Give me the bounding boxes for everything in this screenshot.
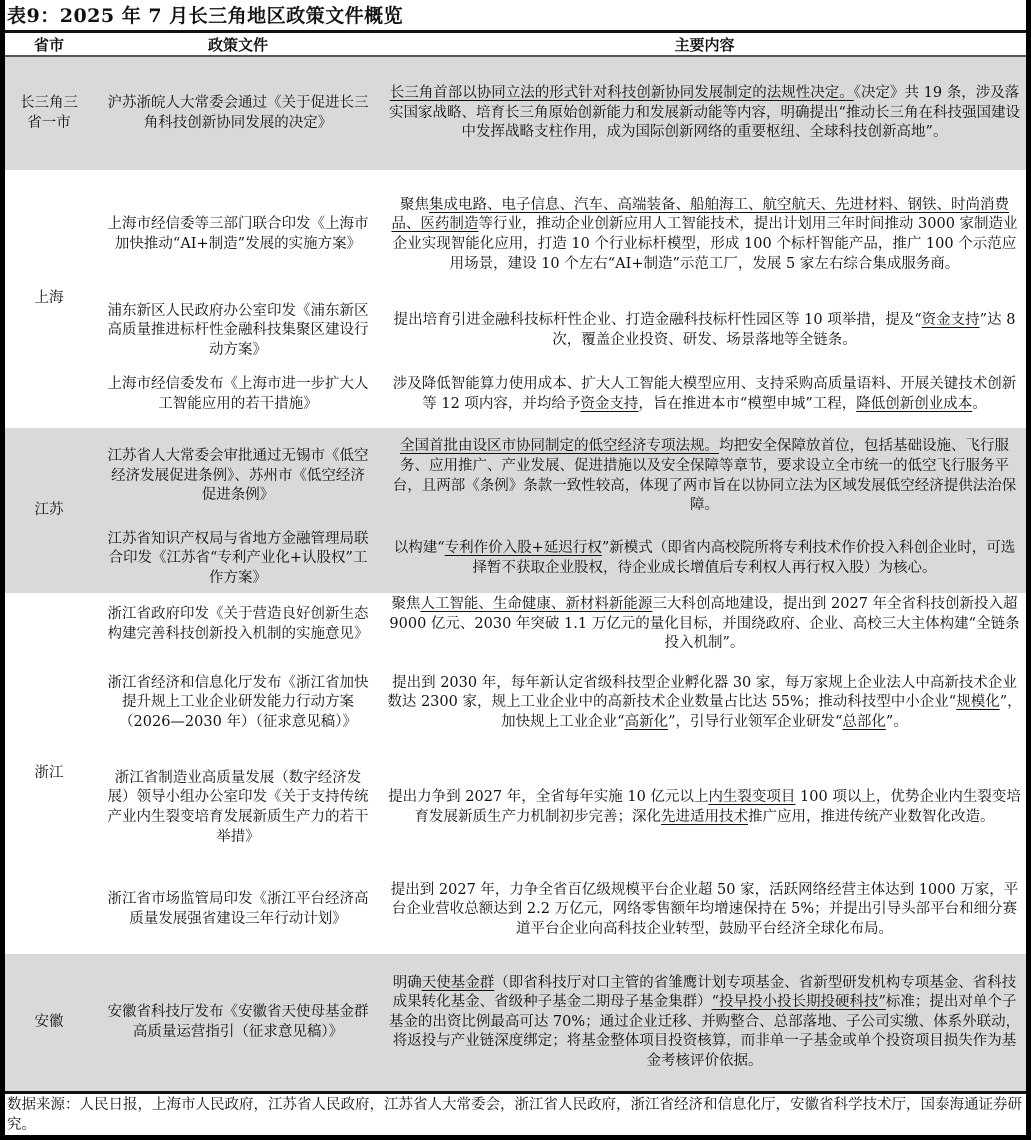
highlighted-phrase: 规模化 bbox=[956, 694, 1000, 710]
highlighted-phrase: 长三角首部以协同立法的形式针对科技创新协同发展制定的法规性决定。 bbox=[390, 85, 854, 101]
table-body: 长三角三省一市沪苏浙皖人大常委会通过《关于促进长三角科技创新协同发展的决定》长三… bbox=[5, 56, 1026, 1091]
highlighted-phrase: 总部化 bbox=[842, 714, 886, 730]
content-text: 以构建“ bbox=[394, 540, 445, 556]
header-content: 主要内容 bbox=[383, 33, 1026, 56]
policy-table: 省市 政策文件 主要内容 长三角三省一市沪苏浙皖人大常委会通过《关于促进长三角科… bbox=[5, 33, 1026, 1091]
highlighted-phrase: 资金支持 bbox=[580, 396, 638, 412]
highlighted-phrase: 资金支持 bbox=[922, 312, 980, 328]
main-content-cell: 明确天使基金群（即省科技厅对口主管的省雏鹰计划专项基金、省新型研发机构专项基金、… bbox=[383, 954, 1026, 1091]
main-content-cell: 聚焦人工智能、生命健康、新材料新能源三大科创高地建设，提出到 2027 年全省科… bbox=[383, 593, 1026, 656]
policy-document-cell: 浙江省制造业高质量发展（数字经济发展）领导小组办公室印发《关于支持传统产业内生裂… bbox=[93, 750, 383, 866]
main-content-cell: 提出培育引进金融科技标杆性企业、打造金融科技标杆性园区等 10 项举措，提及“资… bbox=[383, 300, 1026, 362]
region-cell: 浙江 bbox=[5, 593, 93, 954]
policy-document-cell: 浙江省政府印发《关于营造良好创新生态 构建完善科技创新投入机制的实施意见》 bbox=[93, 593, 383, 656]
content-text: 提出到 2030 年，每年新认定省级科技型企业孵化器 30 家，每万家规上企业法… bbox=[387, 675, 1017, 711]
policy-document-cell: 江苏省知识产权局与省地方金融管理局联合印发《江苏省“专利产业化+认股权”工作方案… bbox=[93, 525, 383, 593]
content-text: 。 bbox=[972, 396, 987, 412]
content-text: 提出培育引进金融科技标杆性企业、打造金融科技标杆性园区等 10 项举措，提及“ bbox=[394, 312, 922, 328]
main-content-cell: 长三角首部以协同立法的形式针对科技创新协同发展制定的法规性决定。《决定》共 19… bbox=[383, 56, 1026, 170]
highlighted-phrase: 高新化 bbox=[625, 714, 669, 730]
content-text: 提出到 2027 年，力争全省百亿级规模平台企业超 50 家，活跃网络经营主体达… bbox=[391, 882, 1018, 937]
region-cell: 上海 bbox=[5, 170, 93, 428]
highlighted-phrase: 专利作价入股+延迟行权 bbox=[445, 540, 602, 556]
main-content-cell: 以构建“专利作价入股+延迟行权”新模式（即省内高校院所将专利技术作价投入科创企业… bbox=[383, 525, 1026, 593]
table-header-row: 省市 政策文件 主要内容 bbox=[5, 33, 1026, 56]
table-row: 上海上海市经信委等三部门联合印发《上海市加快推动“AI+制造”发展的实施方案》聚… bbox=[5, 170, 1026, 300]
main-content-cell: 全国首批由设区市协同制定的低空经济专项法规。均把安全保障放首位，包括基础设施、飞… bbox=[383, 428, 1026, 525]
content-text: 提出力争到 2027 年，全省每年实施 10 亿元以上 bbox=[388, 789, 708, 805]
header-region: 省市 bbox=[5, 33, 93, 56]
policy-document-cell: 上海市经信委等三部门联合印发《上海市加快推动“AI+制造”发展的实施方案》 bbox=[93, 170, 383, 300]
table-row: 江苏省知识产权局与省地方金融管理局联合印发《江苏省“专利产业化+认股权”工作方案… bbox=[5, 525, 1026, 593]
content-text: 聚焦 bbox=[400, 197, 429, 213]
content-text: ”，引导行业领军企业研发“ bbox=[668, 714, 842, 730]
header-document: 政策文件 bbox=[93, 33, 383, 56]
highlighted-phrase: 先进适用技术 bbox=[661, 809, 748, 825]
highlighted-phrase: 天使基金群 bbox=[422, 975, 495, 991]
region-cell: 江苏 bbox=[5, 428, 93, 593]
policy-document-cell: 江苏省人大常委会审批通过无锡市《低空经济发展促进条例》、苏州市《低空经济促进条例… bbox=[93, 428, 383, 525]
policy-document-cell: 安徽省科技厅发布《安徽省天使母基金群高质量运营指引（征求意见稿）》 bbox=[93, 954, 383, 1091]
table-row: 浙江省市场监管局印发《浙江平台经济高质量发展强省建设三年行动计划》提出到 202… bbox=[5, 866, 1026, 954]
table-row: 浙江省经济和信息化厅发布《浙江省加快提升规上工业企业研发能力行动方案（2026—… bbox=[5, 656, 1026, 750]
highlighted-phrase: 降低创新创业成本 bbox=[856, 396, 972, 412]
highlighted-phrase: 全国首批由设区市协同制定的低空经济专项法规。 bbox=[400, 438, 719, 454]
table-row: 浙江省制造业高质量发展（数字经济发展）领导小组办公室印发《关于支持传统产业内生裂… bbox=[5, 750, 1026, 866]
main-content-cell: 聚焦集成电路、电子信息、汽车、高端装备、船舶海工、航空航天、先进材料、钢铁、时尚… bbox=[383, 170, 1026, 300]
table-title: 表9：2025 年 7 月长三角地区政策文件概览 bbox=[5, 0, 1026, 33]
policy-document-cell: 沪苏浙皖人大常委会通过《关于促进长三角科技创新协同发展的决定》 bbox=[93, 56, 383, 170]
highlighted-phrase: 人工智能、生命健康、新材料新能源 bbox=[420, 596, 652, 612]
region-cell: 长三角三省一市 bbox=[5, 56, 93, 170]
region-cell: 安徽 bbox=[5, 954, 93, 1091]
table-row: 浦东新区人民政府办公室印发《浦东新区高质量推进标杆性金融科技集聚区建设行动方案》… bbox=[5, 300, 1026, 362]
main-content-cell: 提出到 2027 年，力争全省百亿级规模平台企业超 50 家，活跃网络经营主体达… bbox=[383, 866, 1026, 954]
content-text: 聚焦 bbox=[391, 596, 420, 612]
policy-document-cell: 浙江省市场监管局印发《浙江平台经济高质量发展强省建设三年行动计划》 bbox=[93, 866, 383, 954]
content-text: 推广应用，推进传统产业数智化改造。 bbox=[748, 809, 995, 825]
main-content-cell: 涉及降低智能算力使用成本、扩大人工智能大模型应用、支持采购高质量语料、开展关键技… bbox=[383, 362, 1026, 428]
source-note: 数据来源：人民日报，上海市人民政府，江苏省人民政府，江苏省人大常委会，浙江省人民… bbox=[5, 1091, 1026, 1135]
highlighted-phrase: “投早投小投长期投硬科技” bbox=[712, 994, 886, 1010]
main-content-cell: 提出力争到 2027 年，全省每年实施 10 亿元以上内生裂变项目 100 项以… bbox=[383, 750, 1026, 866]
content-text: 等行业，推动企业创新应用人工智能技术，提出计划用三年时间推动 3000 家制造业… bbox=[393, 216, 1018, 271]
table-row: 江苏江苏省人大常委会审批通过无锡市《低空经济发展促进条例》、苏州市《低空经济促进… bbox=[5, 428, 1026, 525]
table-row: 上海市经信委发布《上海市进一步扩大人工智能应用的若干措施》涉及降低智能算力使用成… bbox=[5, 362, 1026, 428]
table-row: 安徽安徽省科技厅发布《安徽省天使母基金群高质量运营指引（征求意见稿）》明确天使基… bbox=[5, 954, 1026, 1091]
content-text: ”。 bbox=[886, 714, 908, 730]
policy-document-cell: 上海市经信委发布《上海市进一步扩大人工智能应用的若干措施》 bbox=[93, 362, 383, 428]
main-content-cell: 提出到 2030 年，每年新认定省级科技型企业孵化器 30 家，每万家规上企业法… bbox=[383, 656, 1026, 750]
policy-document-cell: 浙江省经济和信息化厅发布《浙江省加快提升规上工业企业研发能力行动方案（2026—… bbox=[93, 656, 383, 750]
table-row: 长三角三省一市沪苏浙皖人大常委会通过《关于促进长三角科技创新协同发展的决定》长三… bbox=[5, 56, 1026, 170]
policy-document-cell: 浦东新区人民政府办公室印发《浦东新区高质量推进标杆性金融科技集聚区建设行动方案》 bbox=[93, 300, 383, 362]
content-text: ，旨在推进本市“模塑申城”工程， bbox=[638, 396, 856, 412]
highlighted-phrase: 内生裂变项目 bbox=[708, 789, 795, 805]
table-row: 浙江浙江省政府印发《关于营造良好创新生态 构建完善科技创新投入机制的实施意见》聚… bbox=[5, 593, 1026, 656]
document-frame: 表9：2025 年 7 月长三角地区政策文件概览 省市 政策文件 主要内容 长三… bbox=[5, 0, 1026, 1135]
content-text: 明确 bbox=[393, 975, 422, 991]
